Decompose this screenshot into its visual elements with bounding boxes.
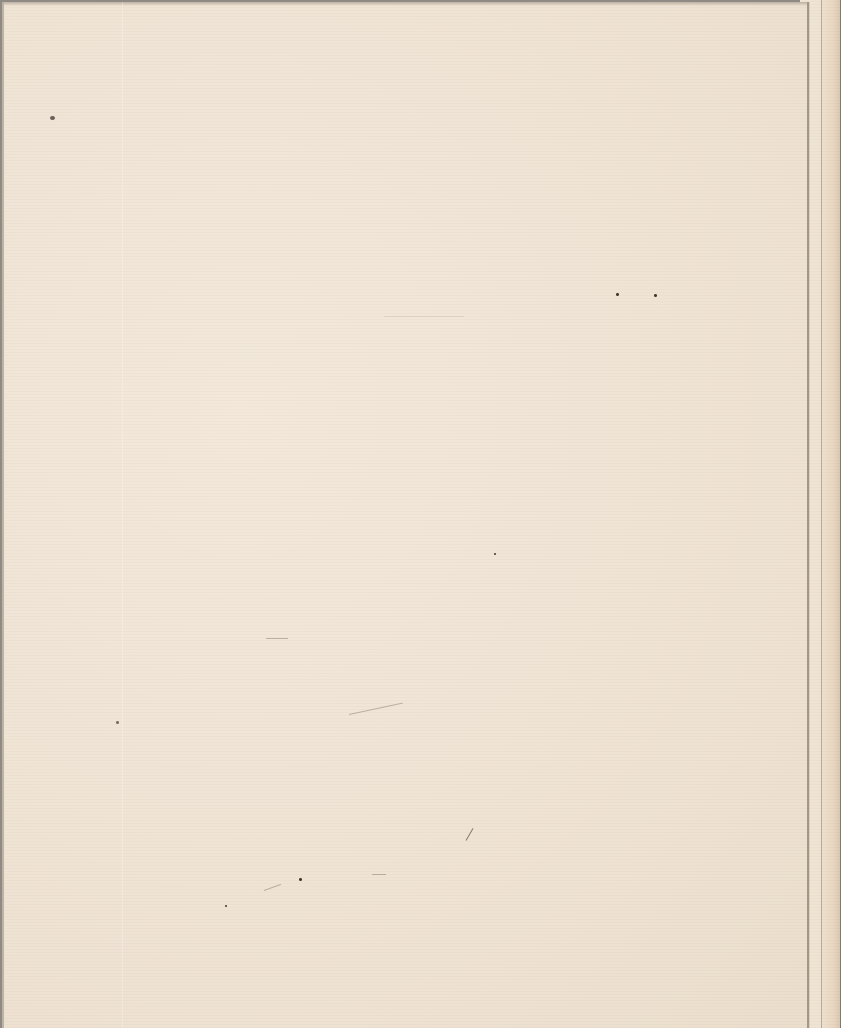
scanned-page xyxy=(0,0,841,1028)
paper-speck xyxy=(116,721,119,724)
paper-speck xyxy=(654,294,657,297)
paper-speck xyxy=(299,878,302,881)
top-deckled-edge xyxy=(4,2,807,6)
page-crease xyxy=(122,2,123,1028)
paper-fiber xyxy=(266,638,288,639)
paper-speck xyxy=(50,116,55,120)
blank-paper-page xyxy=(2,2,809,1028)
paper-speck xyxy=(616,293,619,296)
paper-speck xyxy=(225,905,227,907)
paper-speck xyxy=(494,553,496,555)
paper-fiber xyxy=(349,703,403,715)
paper-fiber xyxy=(372,874,386,875)
paper-fiber xyxy=(466,828,474,841)
paper-fiber xyxy=(384,316,464,317)
paper-fiber xyxy=(264,884,281,891)
